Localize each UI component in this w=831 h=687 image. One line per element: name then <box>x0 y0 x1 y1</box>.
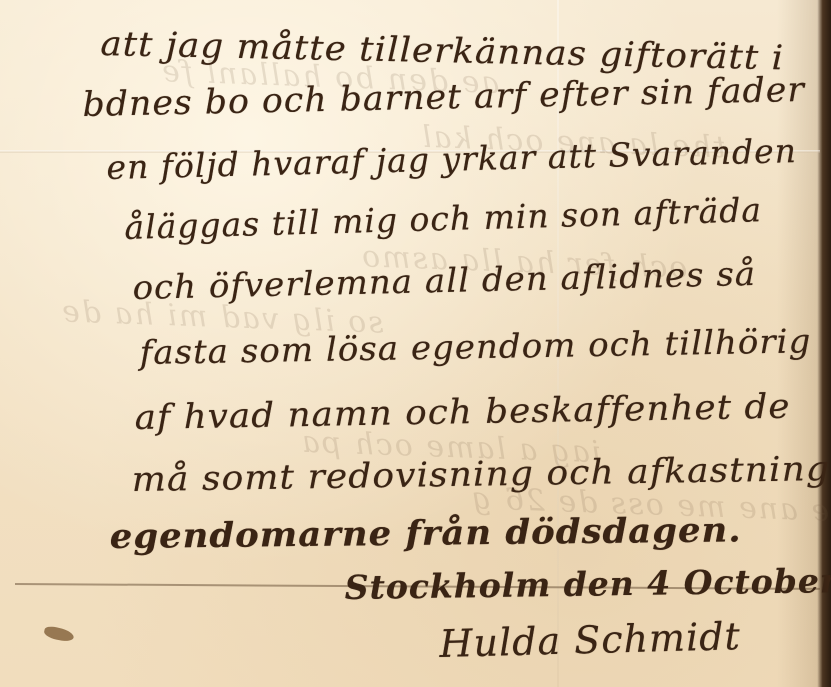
handwritten-line-1: att jag måtte tillerkännas giftorätt i <box>100 24 785 78</box>
dateline: Stockholm den 4 October 18 <box>344 560 831 607</box>
handwritten-line-6: fasta som lösa egendom och tillhörig <box>139 321 811 372</box>
handwritten-line-9: egendomarne från dödsdagen. <box>110 510 742 557</box>
handwritten-line-4: åläggas till mig och min son afträda <box>124 190 763 247</box>
handwritten-line-8: må somt redovisning och afkastning <box>131 449 830 500</box>
handwritten-line-5: och öfverlemna all den aflidnes så <box>132 254 756 307</box>
handwritten-line-7: af hvad namn och beskaffenhet de <box>134 387 791 438</box>
ink-blot <box>43 625 75 643</box>
handwritten-line-2: bdnes bo och barnet arf efter sin fader <box>82 70 805 125</box>
manuscript-page: ae den bo hallanl fe the la ane och kal … <box>0 0 831 687</box>
handwritten-line-3: en följd hvaraf jag yrkar att Svaranden <box>106 131 797 187</box>
signature: Hulda Schmidt <box>439 614 741 666</box>
